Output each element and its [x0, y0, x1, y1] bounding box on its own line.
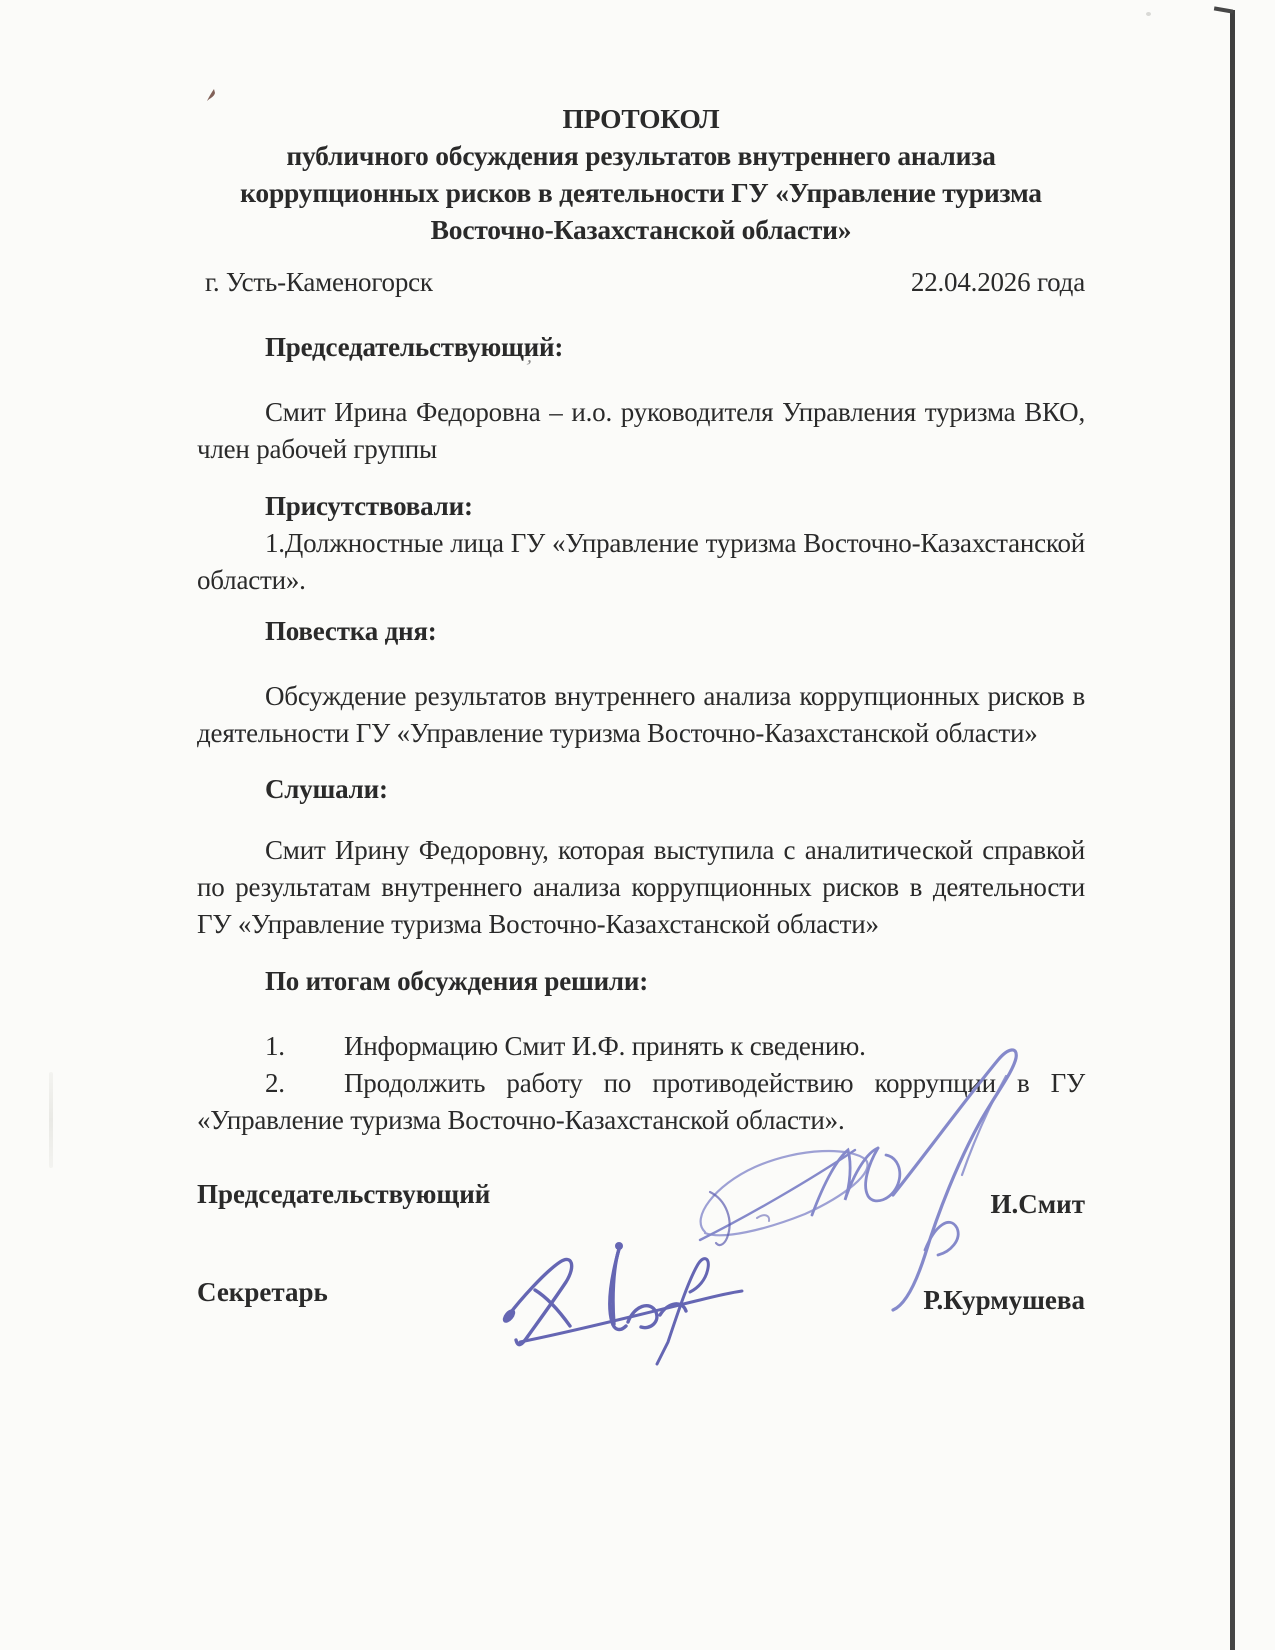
dust-speck [1146, 12, 1151, 16]
document-body: ПРОТОКОЛ публичного обсуждения результат… [197, 0, 1085, 1139]
heading-heard: Слушали: [197, 771, 1085, 808]
document-city: г. Усть-Каменогорск [197, 264, 433, 301]
heading-attendees: Присутствовали: [197, 488, 1085, 525]
heading-chairperson: Председательствующий: [197, 329, 1085, 366]
signoff-role: Секретарь [197, 1274, 328, 1311]
title-line: Восточно-Казахстанской области» [197, 211, 1085, 248]
scan-smudge [49, 1072, 53, 1168]
signoff-row-secretary: Секретарь Р.Курмушева [197, 1274, 1085, 1311]
paragraph-attendees: 1.Должностные лица ГУ «Управление туризм… [197, 525, 1085, 599]
signoff-name: И.Смит [991, 1186, 1085, 1223]
signoff-name: Р.Курмушева [923, 1282, 1085, 1319]
decision-text: Информацию Смит И.Ф. принять к сведению. [344, 1031, 866, 1061]
scan-edge-line-hook [1214, 6, 1233, 13]
paragraph-heard: Смит Ирину Федоровну, которая выступила … [197, 832, 1085, 943]
signoff-role: Председательствующий [197, 1176, 490, 1213]
place-date-row: г. Усть-Каменогорск 22.04.2026 года [197, 264, 1085, 301]
heading-decisions: По итогам обсуждения решили: [197, 963, 1085, 1000]
signoff-row-chairperson: Председательствующий И.Смит [197, 1176, 1085, 1213]
paragraph-chairperson: Смит Ирина Федоровна – и.о. руководителя… [197, 394, 1085, 468]
paragraph-agenda: Обсуждение результатов внутреннего анали… [197, 678, 1085, 752]
scan-edge-line [1230, 10, 1235, 1650]
title-line: ПРОТОКОЛ [197, 100, 1085, 137]
title-line: публичного обсуждения результатов внутре… [197, 137, 1085, 174]
document-title: ПРОТОКОЛ публичного обсуждения результат… [197, 100, 1085, 248]
document-date: 22.04.2026 года [911, 264, 1085, 301]
title-line: коррупционных рисков в деятельности ГУ «… [197, 174, 1085, 211]
decision-item: 2.Продолжить работу по противодействию к… [197, 1065, 1085, 1139]
decision-item: 1.Информацию Смит И.Ф. принять к сведени… [197, 1028, 1085, 1065]
scanned-protocol-page: ’ ПРОТОКОЛ публичного обсуждения результ… [0, 0, 1275, 1650]
decision-number: 2. [265, 1065, 344, 1102]
heading-agenda: Повестка дня: [197, 613, 1085, 650]
decision-number: 1. [265, 1028, 344, 1065]
